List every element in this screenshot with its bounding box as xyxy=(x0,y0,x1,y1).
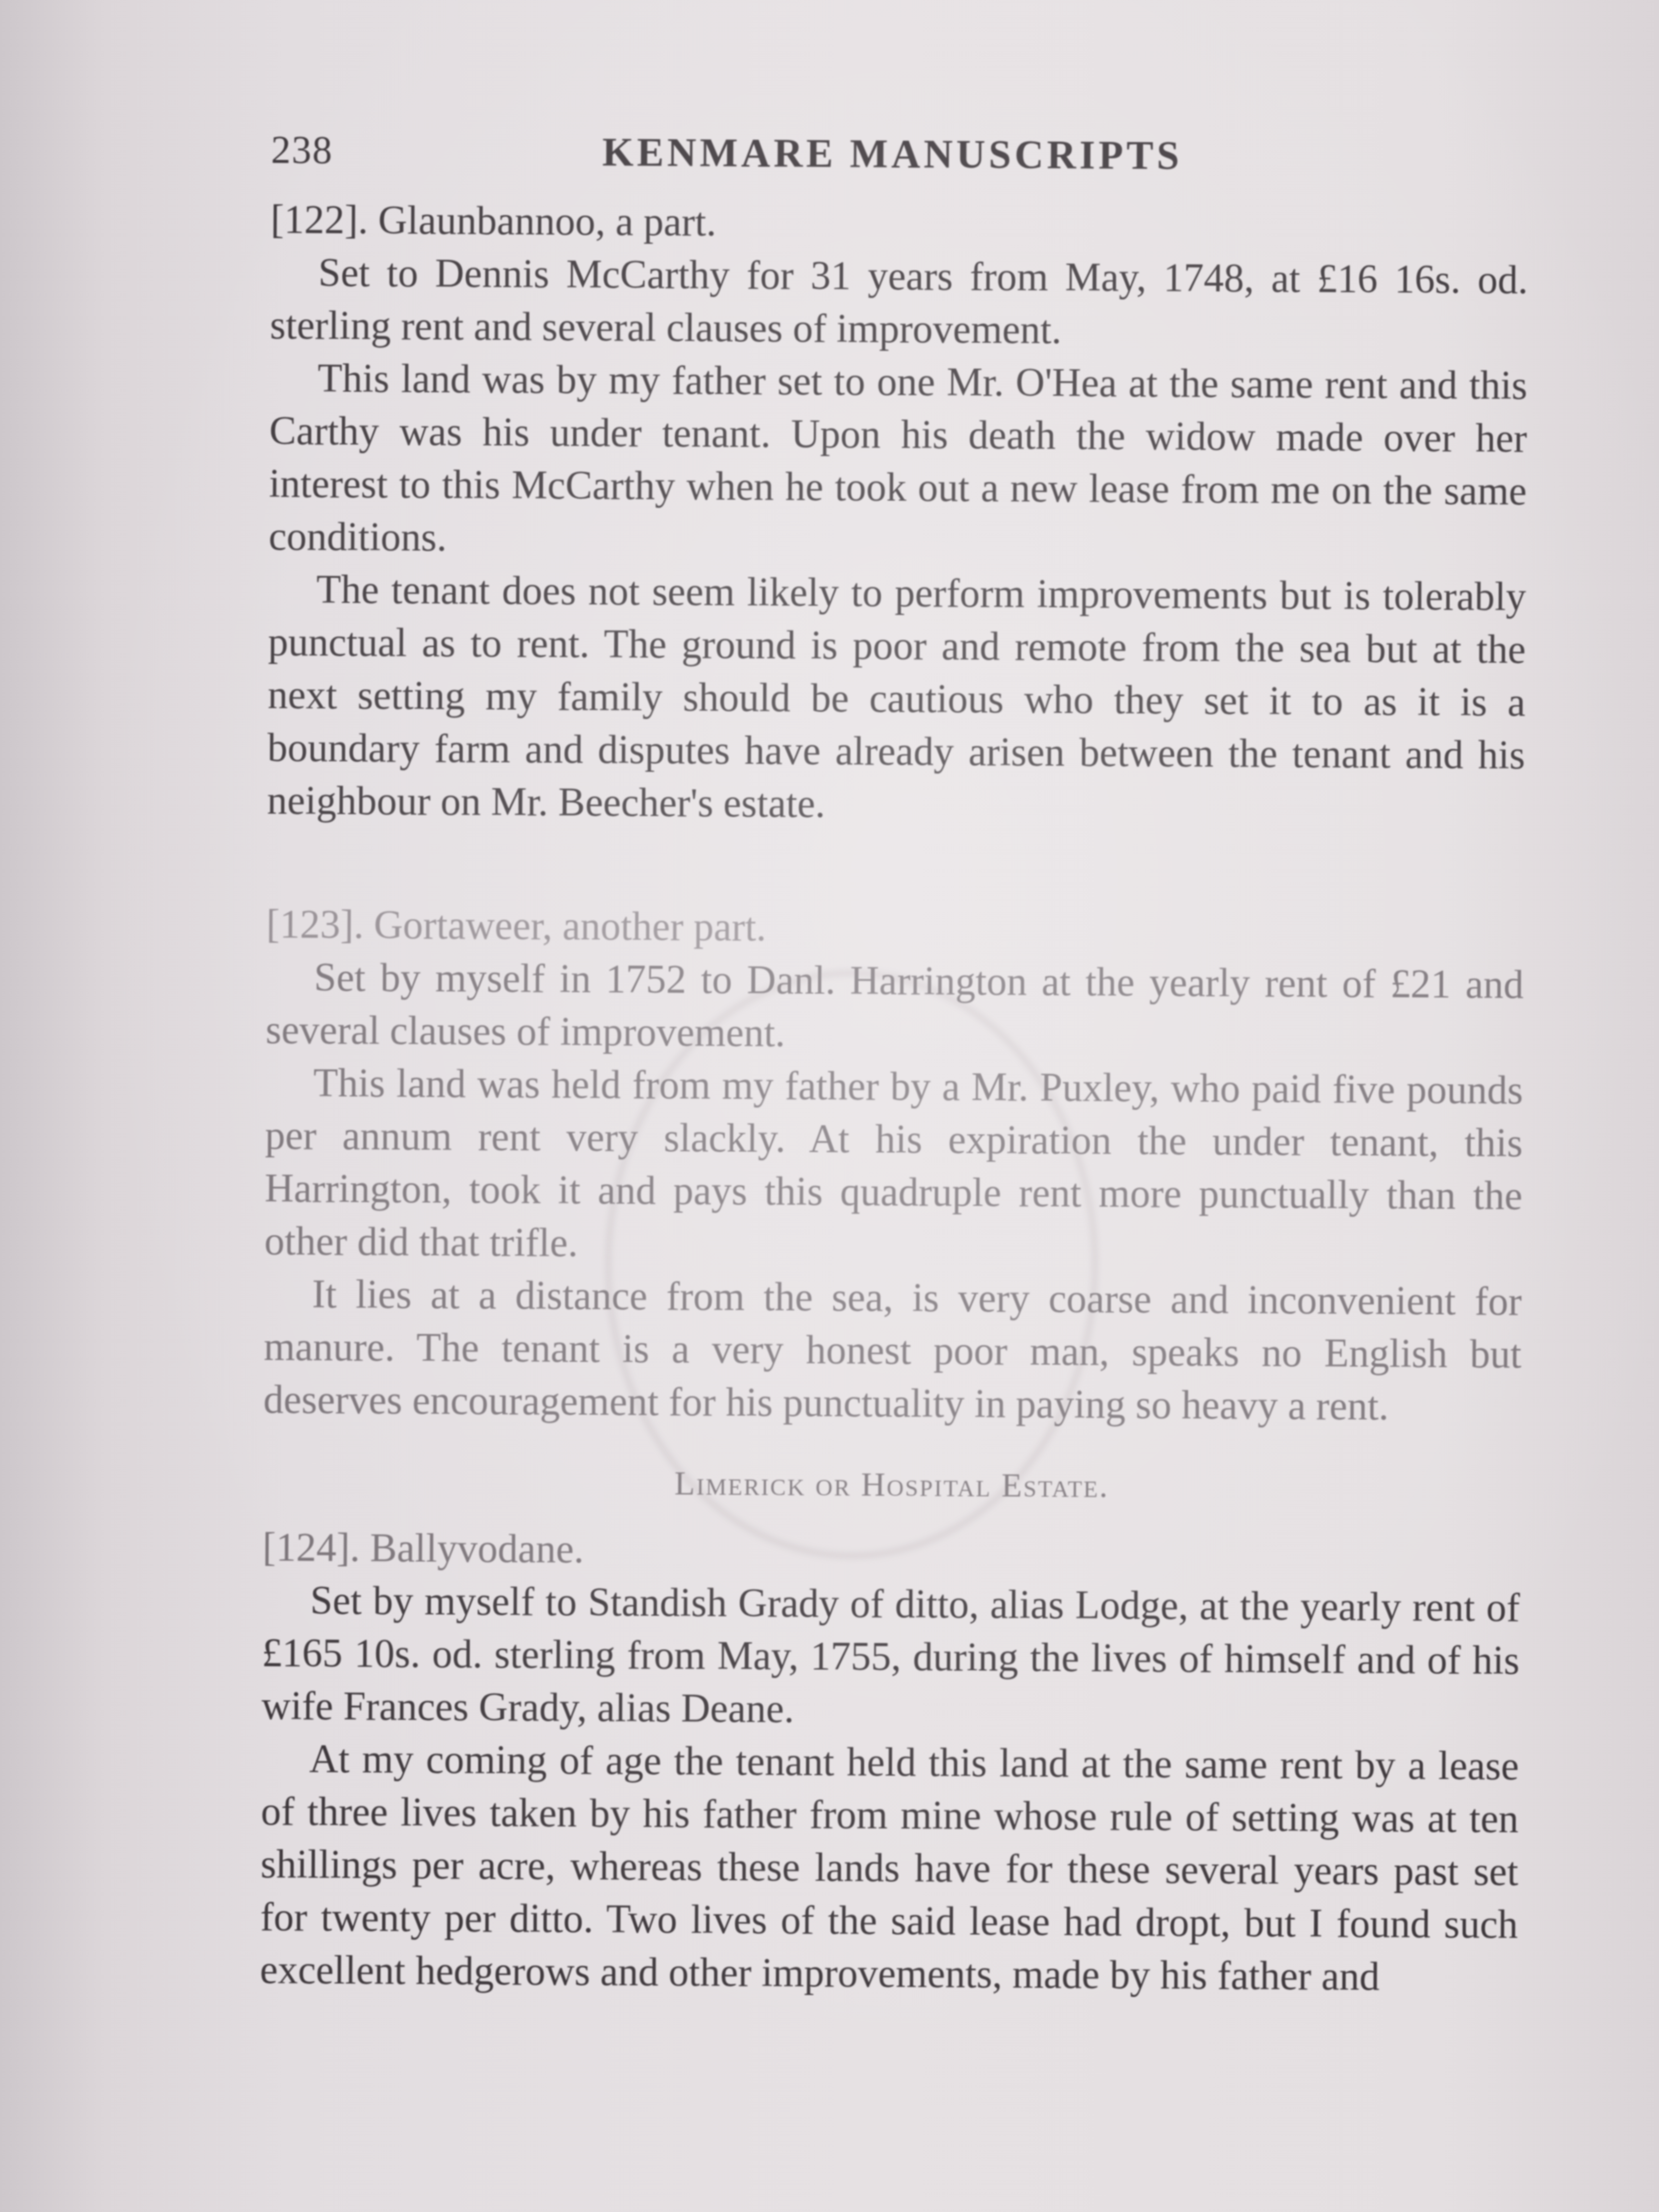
entry-paragraph: Set by myself to Standish Grady of ditto… xyxy=(262,1574,1520,1740)
entry-paragraph: This land was held from my father by a M… xyxy=(264,1057,1523,1275)
section-heading: Limerick or Hospital Estate. xyxy=(263,1455,1521,1515)
entry-paragraph: This land was by my father set to one Mr… xyxy=(268,352,1527,571)
running-head: 238 KENMARE MANUSCRIPTS xyxy=(271,122,1529,188)
entry-title: Glaunbannoo, a part. xyxy=(378,198,716,244)
entry-122: [122]. Glaunbannoo, a part. Set to Denni… xyxy=(267,193,1528,835)
entry-paragraph: At my coming of age the tenant held this… xyxy=(260,1732,1519,2004)
entry-paragraph: Set to Dennis McCarthy for 31 years from… xyxy=(270,246,1528,360)
entry-paragraph: The tenant does not seem likely to perfo… xyxy=(267,563,1526,835)
entry-number: [122]. xyxy=(270,197,368,242)
entry-title: Gortaweer, another part. xyxy=(373,902,766,950)
running-title: KENMARE MANUSCRIPTS xyxy=(602,129,1182,179)
entry-heading: [124]. Ballyvodane. xyxy=(263,1521,1521,1582)
entry-title: Ballyvodane. xyxy=(370,1526,584,1572)
entry-124: [124]. Ballyvodane. Set by myself to Sta… xyxy=(260,1521,1520,2004)
entry-number: [123]. xyxy=(266,902,364,947)
entry-heading: [122]. Glaunbannoo, a part. xyxy=(270,193,1528,254)
page-number: 238 xyxy=(271,127,333,173)
page-text: 238 KENMARE MANUSCRIPTS [122]. Glaunbann… xyxy=(260,122,1529,2004)
entry-heading: [123]. Gortaweer, another part. xyxy=(266,898,1524,959)
entry-123: [123]. Gortaweer, another part. Set by m… xyxy=(263,898,1524,1434)
book-page: 238 KENMARE MANUSCRIPTS [122]. Glaunbann… xyxy=(0,0,1659,2212)
spacer xyxy=(266,827,1525,892)
entry-paragraph: It lies at a distance from the sea, is v… xyxy=(263,1268,1522,1434)
entry-paragraph: Set by myself in 1752 to Danl. Harringto… xyxy=(265,951,1524,1064)
entry-number: [124]. xyxy=(263,1525,361,1570)
